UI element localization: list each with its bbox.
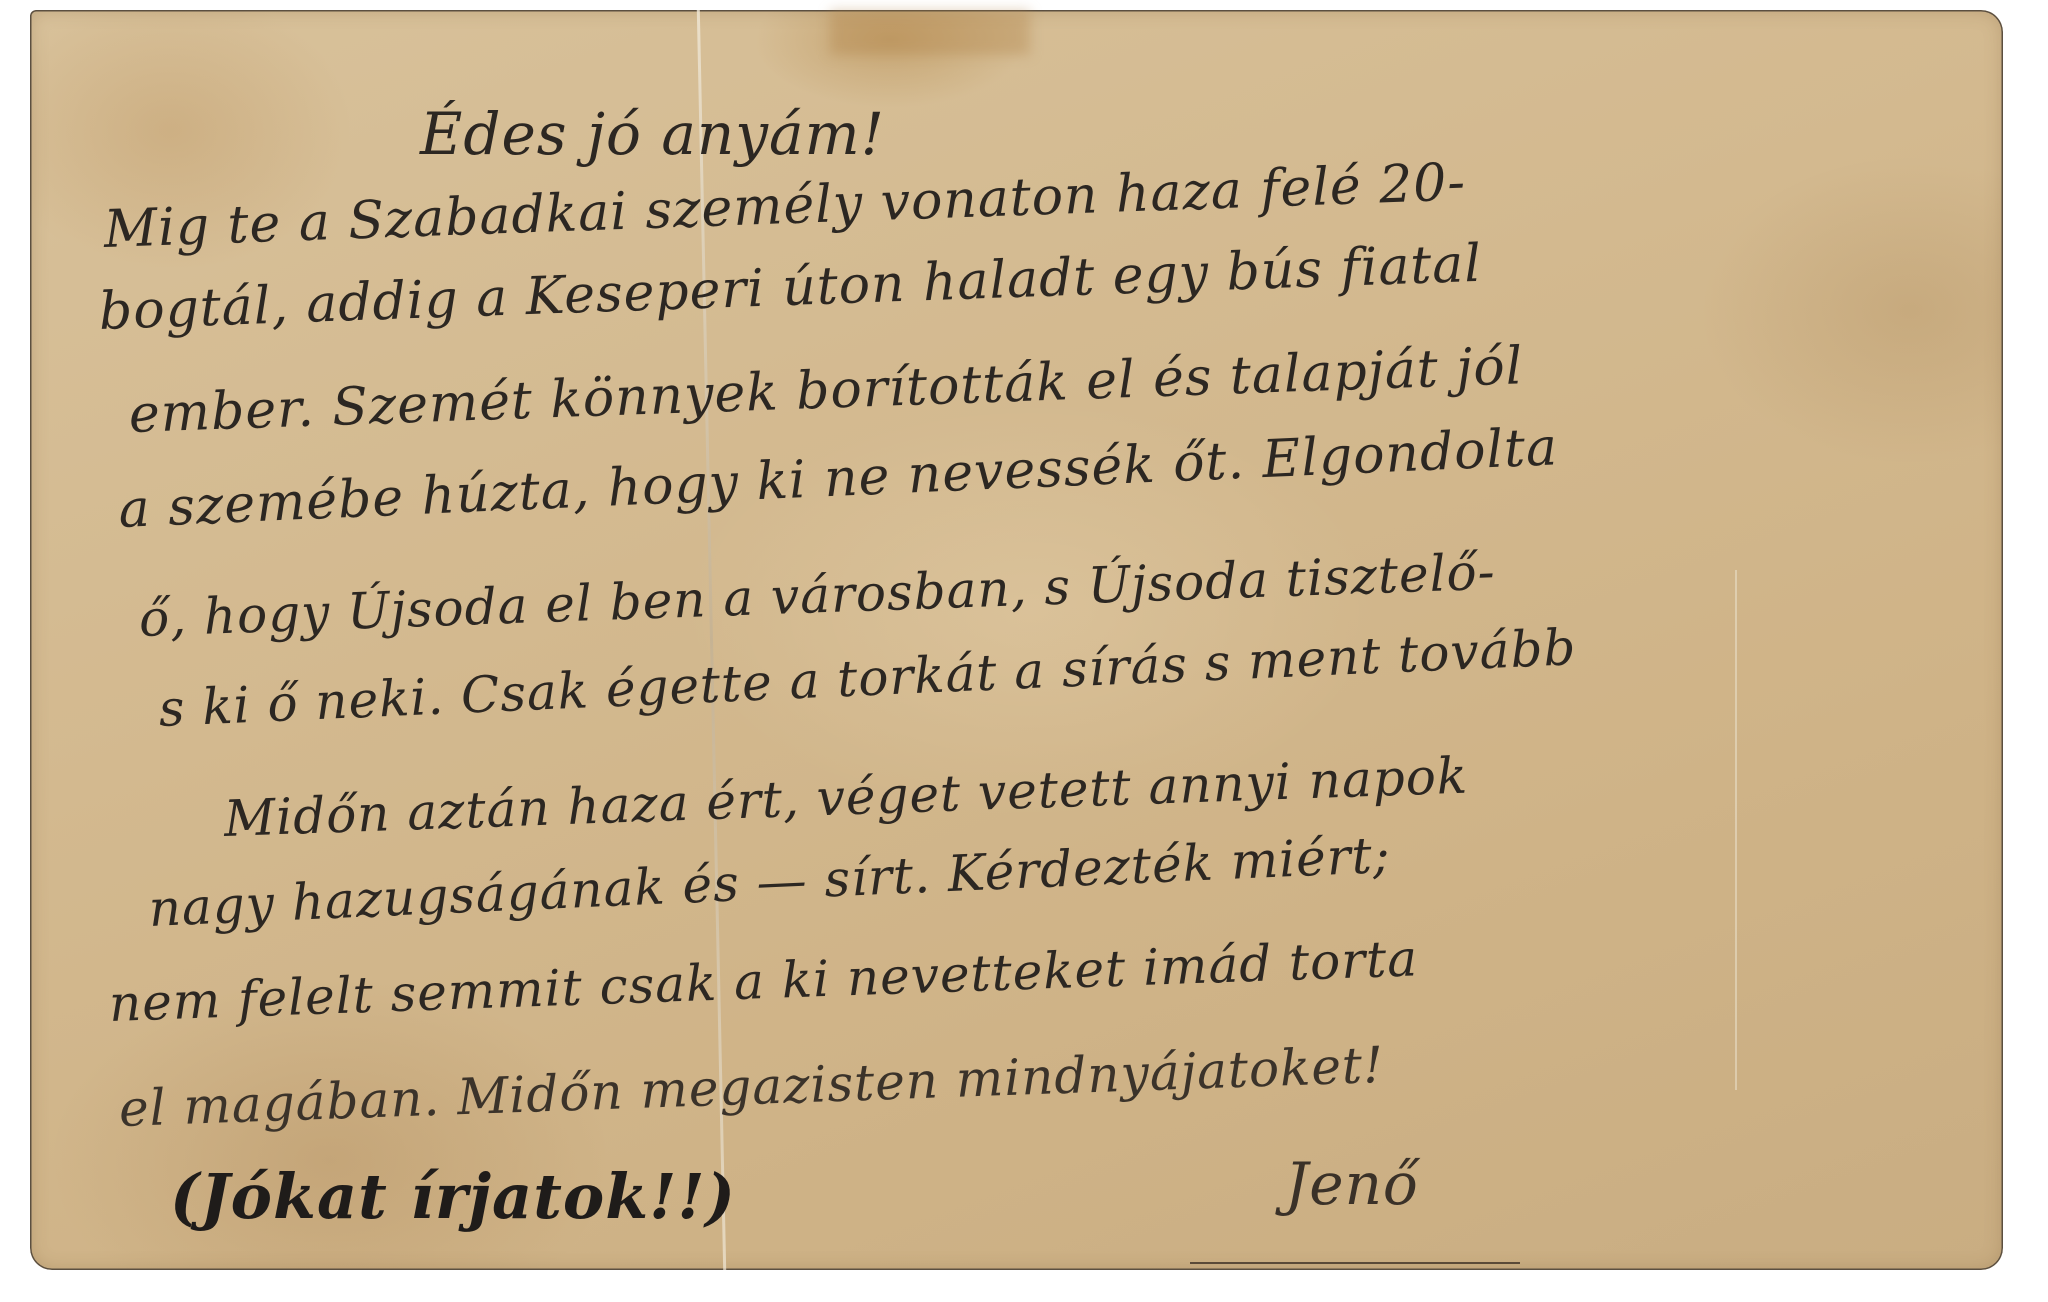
fold-crease-secondary — [1735, 570, 1737, 1090]
paper-stain — [830, 10, 1030, 55]
salutation: Édes jó anyám! — [420, 100, 885, 168]
signature-flourish — [1190, 1262, 1520, 1264]
postscript: (Jókat írjatok!!) — [170, 1160, 736, 1233]
signature: Jenő — [1285, 1150, 1419, 1218]
